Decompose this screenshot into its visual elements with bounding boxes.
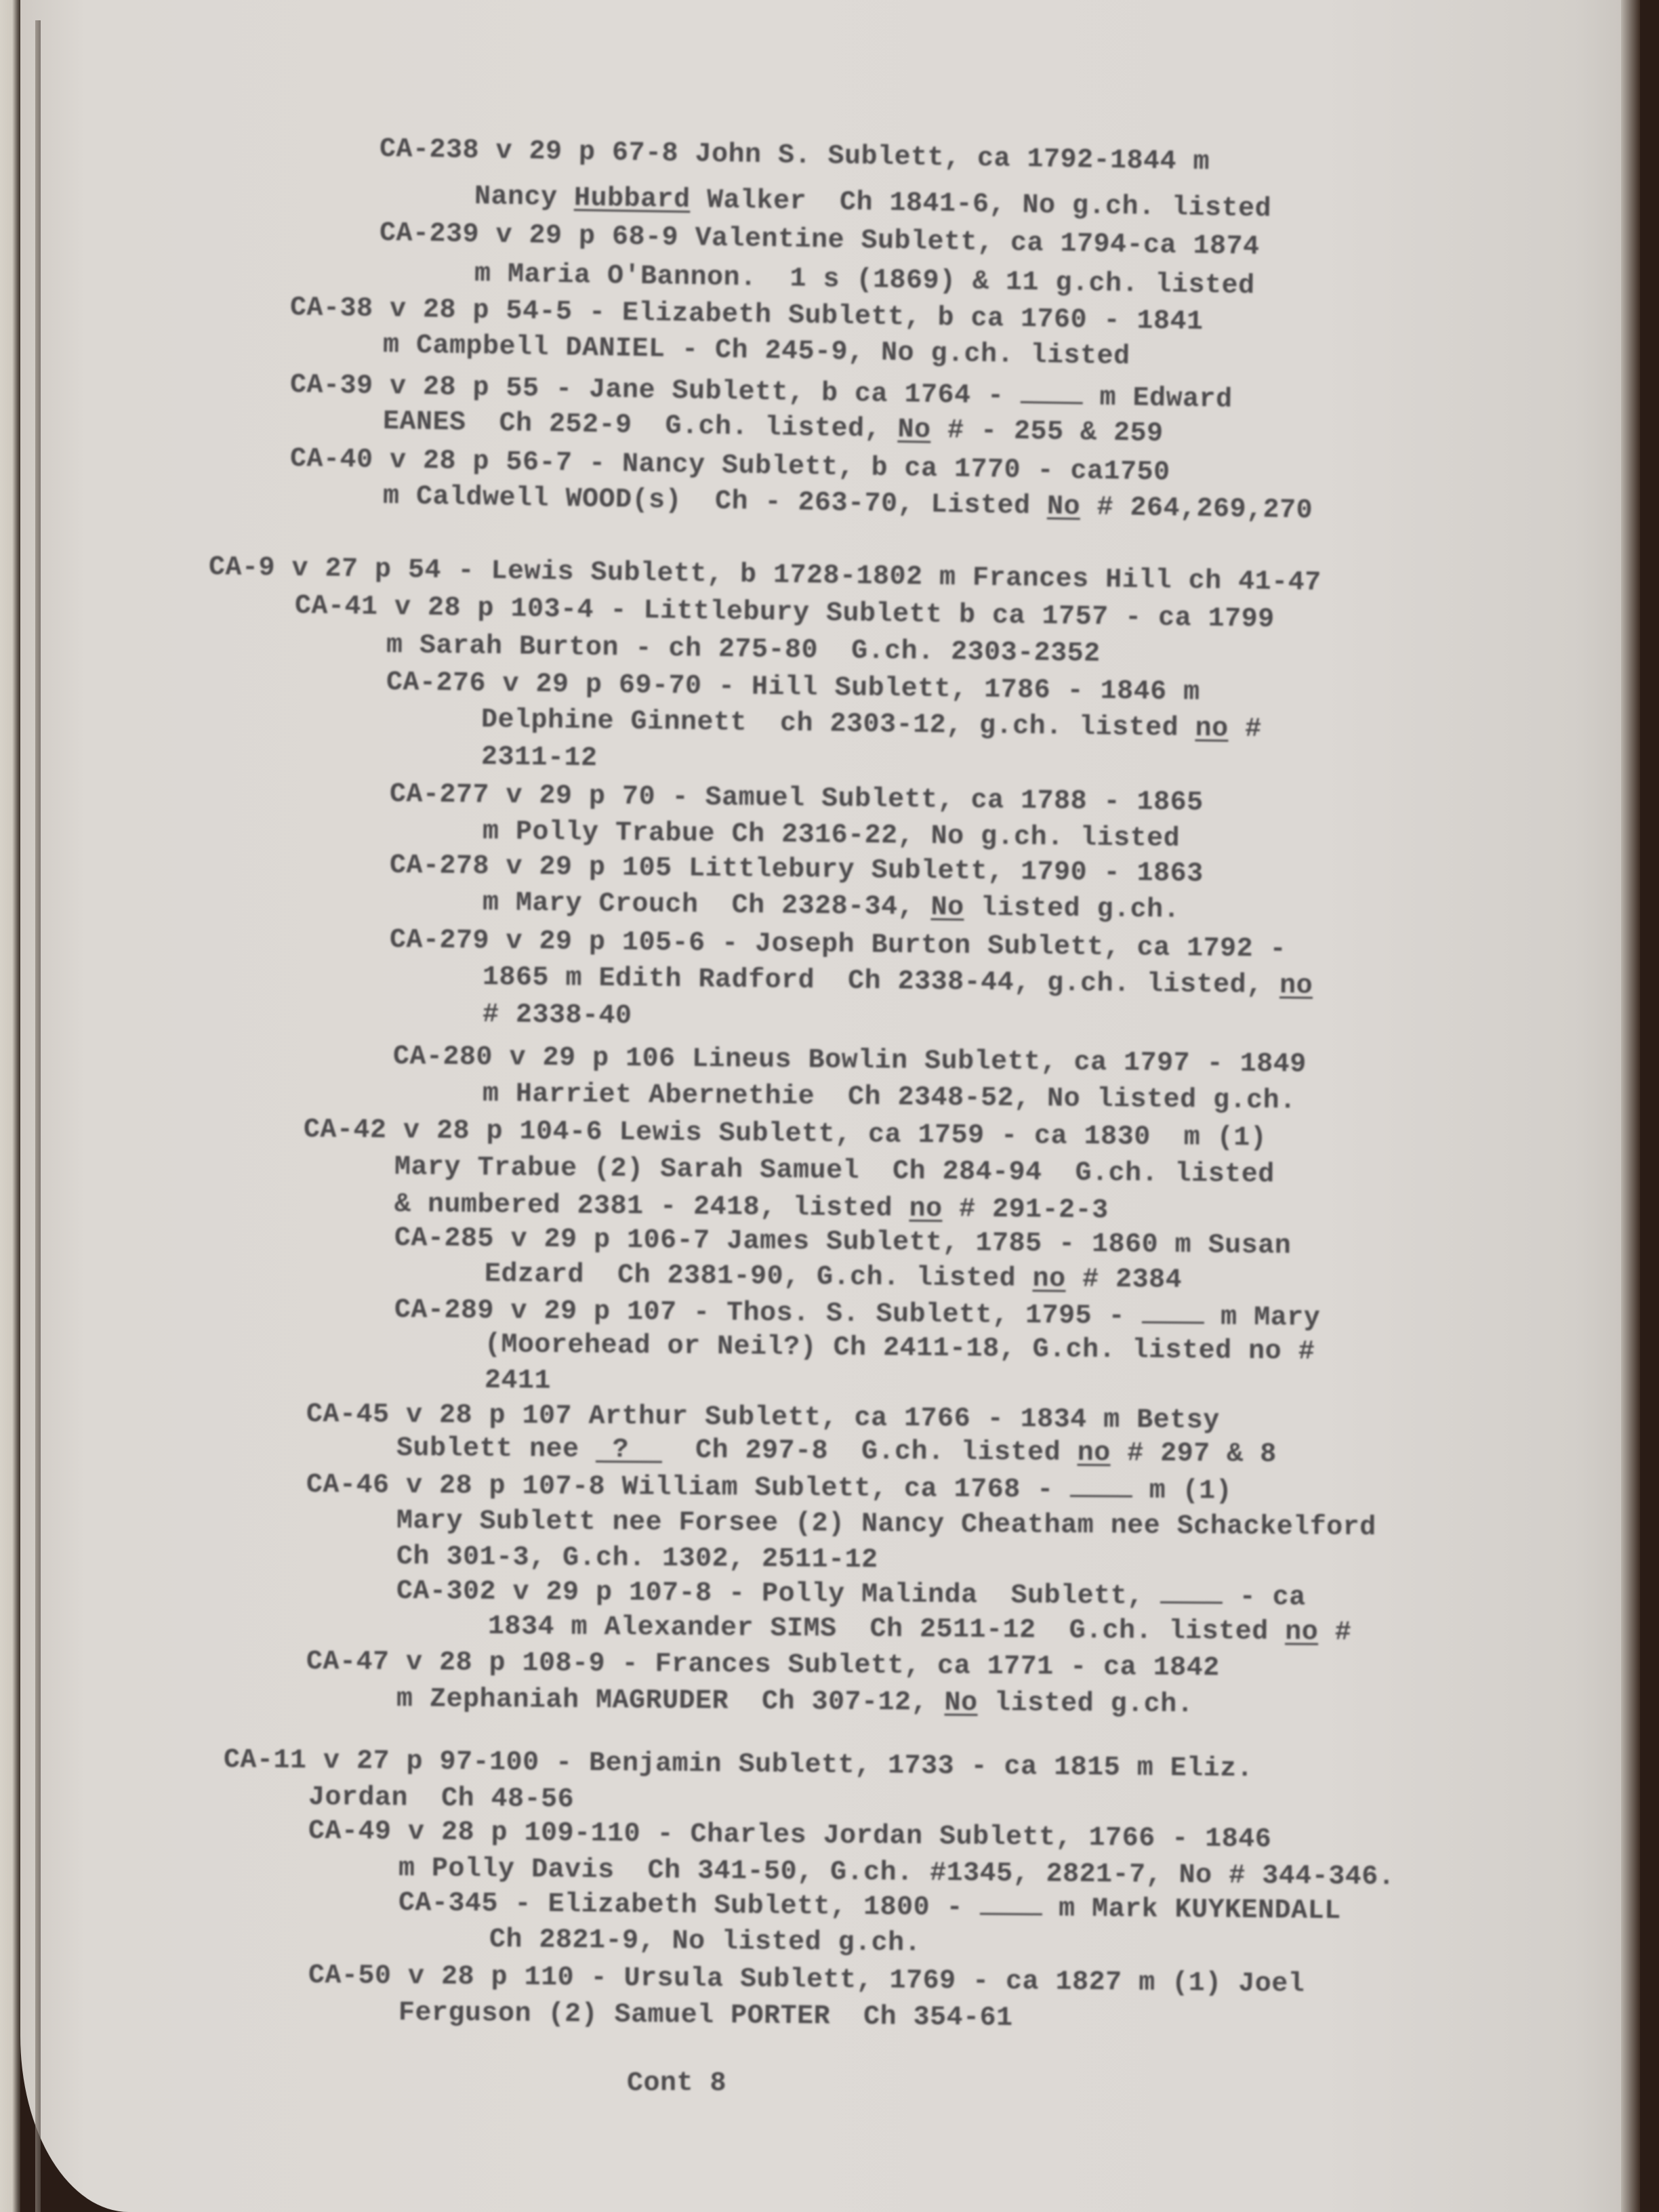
text-line: m Harriet Abernethie Ch 2348-52, No list… [483,1079,1296,1116]
text-line: m Caldwell WOOD(s) Ch - 263-70, Listed [383,481,1048,522]
blank-date [980,1892,1042,1915]
underlined-no: no [1032,1264,1065,1294]
text-line: listed g.ch. [964,893,1180,925]
entry-ca-289-line3: 2411 [485,1366,551,1397]
text-line: CA-47 v 28 p 108-9 - Frances Sublett, ca… [306,1647,1220,1683]
entry-ca-239-line1: CA-239 v 29 p 68-9 Valentine Sublett, ca… [380,218,1260,262]
text-line: 1834 m Alexander SIMS Ch 2511-12 G.ch. l… [488,1612,1285,1647]
text-line: Ch 2821-9, No listed g.ch. [489,1925,921,1959]
text-line: Edzard Ch 2381-90, G.ch. listed [485,1259,1033,1294]
entry-ca-239-line2: m Maria O'Bannon. 1 s (1869) & 11 g.ch. … [474,259,1255,302]
entry-ca-50-line1: CA-50 v 28 p 110 - Ursula Sublett, 1769 … [308,1961,1305,2000]
entry-ca-42-line3: & numbered 2381 - 2418, listed no # 291-… [394,1189,1109,1226]
underlined-no: no [1077,1438,1110,1469]
text-line: m (1) [1132,1476,1232,1507]
entry-ca-39-line2: EANES Ch 252-9 G.ch. listed, No # - 255 … [383,407,1164,449]
underlined-no: No [897,415,931,446]
text-line: CA-239 v 29 p 68-9 Valentine Sublett, ca… [380,218,1260,262]
underlined-no: No [944,1688,977,1719]
text-line: # 2338-40 [483,1000,632,1031]
entry-ca-279-line2: 1865 m Edith Radford Ch 2338-44, g.ch. l… [483,962,1313,1002]
entry-ca-11-line1: CA-11 v 27 p 97-100 - Benjamin Sublett, … [224,1745,1254,1784]
entry-ca-289-line2: (Moorehead or Neil?) Ch 2411-18, G.ch. l… [485,1330,1315,1368]
text-line: m Polly Davis Ch 341-50, G.ch. #1345, 28… [398,1853,1395,1893]
entry-ca-280-line1: CA-280 v 29 p 106 Lineus Bowlin Sublett,… [393,1042,1307,1080]
text-line: Walker Ch 1841-6, No g.ch. listed [690,185,1271,224]
entry-ca-11-line2: Jordan Ch 48-56 [308,1782,574,1815]
text-line: m Zephaniah MAGRUDER Ch 307-12, [396,1684,945,1719]
text-line: CA-280 v 29 p 106 Lineus Bowlin Sublett,… [393,1042,1307,1080]
entry-ca-45-line2: Sublett nee ? Ch 297-8 G.ch. listed no #… [396,1433,1277,1470]
blank-date [1142,1301,1204,1324]
text-line: m Mary Crouch Ch 2328-34, [483,888,931,923]
text-line: # 291-2-3 [942,1194,1108,1226]
entry-ca-41-line1: CA-41 v 28 p 103-4 - Littlebury Sublett … [295,591,1275,635]
entry-ca-345-line2: Ch 2821-9, No listed g.ch. [489,1925,921,1959]
entry-ca-50-line2: Ferguson (2) Samuel PORTER Ch 354-61 [398,1998,1013,2034]
text-line: CA-302 v 29 p 107-8 - Polly Malinda Subl… [396,1576,1160,1612]
text-line: CA-345 - Elizabeth Sublett, 1800 - [398,1888,980,1923]
text-line: m Mary [1204,1302,1320,1333]
text-line: m Maria O'Bannon. 1 s (1869) & 11 g.ch. … [474,259,1255,302]
entry-ca-42-line2: Mary Trabue (2) Sarah Samuel Ch 284-94 G… [394,1152,1275,1190]
text-line: 1865 m Edith Radford Ch 2338-44, g.ch. l… [483,962,1280,1001]
photo-of-book-page: CA-238 v 29 p 67-8 John S. Sublett, ca 1… [0,0,1659,2212]
text-line: CA-238 v 29 p 67-8 John S. Sublett, ca 1… [380,134,1210,178]
entry-ca-279-line3: # 2338-40 [483,1000,632,1031]
entry-ca-302-line1: CA-302 v 29 p 107-8 - Polly Malinda Subl… [396,1576,1306,1613]
entry-ca-46-line3: Ch 301-3, G.ch. 1302, 2511-12 [396,1542,878,1576]
underlined-name: Hubbard [574,183,691,216]
entry-ca-40-line2: m Caldwell WOOD(s) Ch - 263-70, Listed N… [383,481,1313,527]
entry-ca-47-line1: CA-47 v 28 p 108-9 - Frances Sublett, ca… [306,1647,1220,1683]
entry-ca-277-line1: CA-277 v 29 p 70 - Samuel Sublett, ca 17… [390,779,1204,819]
entry-ca-289-line1: CA-289 v 29 p 107 - Thos. S. Sublett, 17… [394,1294,1321,1334]
text-line: Ch 297-8 G.ch. listed [662,1435,1078,1469]
text-line: CA-289 v 29 p 107 - Thos. S. Sublett, 17… [394,1295,1142,1332]
entry-ca-46-line1: CA-46 v 28 p 107-8 William Sublett, ca 1… [306,1469,1233,1507]
text-line: # 2384 [1065,1264,1182,1295]
underlined-no: no [1285,1617,1318,1647]
entry-ca-46-line2: Mary Sublett nee Forsee (2) Nancy Cheath… [396,1506,1376,1543]
text-line: CA-279 v 29 p 105-6 - Joseph Burton Subl… [390,925,1287,965]
text-line: Delphine Ginnett ch 2303-12, g.ch. liste… [481,705,1195,744]
text-line: Sublett nee [396,1433,596,1465]
text-line: Jordan Ch 48-56 [308,1782,574,1815]
entry-ca-38-line2: m Campbell DANIEL - Ch 245-9, No g.ch. l… [383,330,1130,372]
text-line: CA-39 v 28 p 55 - Jane Sublett, b ca 176… [290,370,1021,412]
entry-ca-285-line1: CA-285 v 29 p 106-7 James Sublett, 1785 … [394,1223,1292,1262]
text-line: Mary Trabue (2) Sarah Samuel Ch 284-94 G… [394,1152,1275,1190]
entry-ca-45-line1: CA-45 v 28 p 107 Arthur Sublett, ca 1766… [306,1399,1220,1436]
entry-ca-41-line2: m Sarah Burton - ch 275-80 G.ch. 2303-23… [386,630,1101,670]
text-line: CA-277 v 29 p 70 - Samuel Sublett, ca 17… [390,779,1204,819]
entry-ca-285-line2: Edzard Ch 2381-90, G.ch. listed no # 238… [485,1259,1183,1296]
text-line: CA-276 v 29 p 69-70 - Hill Sublett, 1786… [386,668,1200,708]
text-line: CA-285 v 29 p 106-7 James Sublett, 1785 … [394,1223,1292,1262]
entry-ca-276-line1: CA-276 v 29 p 69-70 - Hill Sublett, 1786… [386,668,1200,708]
underlined-no: no [1195,714,1229,745]
underlined-no: No [930,893,964,924]
text-line: # [1228,714,1262,745]
text-line: CA-278 v 29 p 105 Littlebury Sublett, 17… [390,851,1204,890]
text-line: CA-45 v 28 p 107 Arthur Sublett, ca 1766… [306,1399,1220,1436]
text-line: m Polly Trabue Ch 2316-22, No g.ch. list… [483,817,1181,855]
underlined-no: No [1047,491,1081,523]
blank-date [1021,381,1084,404]
unknown-surname-blank: ? [596,1435,662,1466]
text-line: CA-42 v 28 p 104-6 Lewis Sublett, ca 175… [304,1115,1267,1153]
entry-ca-278-line2: m Mary Crouch Ch 2328-34, No listed g.ch… [483,888,1181,926]
text-line: # [1318,1618,1351,1648]
text-line: Mary Sublett nee Forsee (2) Nancy Cheath… [396,1506,1376,1543]
text-line: CA-50 v 28 p 110 - Ursula Sublett, 1769 … [308,1961,1305,2000]
entry-ca-238-line2: Nancy Hubbard Walker Ch 1841-6, No g.ch.… [474,182,1272,224]
text-line: - ca [1223,1582,1306,1614]
text-line: # - 255 & 259 [930,415,1164,449]
text-line: CA-11 v 27 p 97-100 - Benjamin Sublett, … [224,1745,1254,1784]
text-line: 2411 [485,1366,551,1397]
text-line: CA-46 v 28 p 107-8 William Sublett, ca 1… [306,1470,1070,1506]
text-line: # 297 & 8 [1111,1438,1277,1470]
entry-ca-276-line3: 2311-12 [481,742,598,774]
typewritten-text: CA-238 v 29 p 67-8 John S. Sublett, ca 1… [0,0,1659,2212]
entry-ca-276-line2: Delphine Ginnett ch 2303-12, g.ch. liste… [481,705,1262,745]
entry-ca-277-line2: m Polly Trabue Ch 2316-22, No g.ch. list… [483,817,1181,855]
text-line: 2311-12 [481,742,598,774]
blank-date [1070,1475,1132,1498]
text-line: CA-41 v 28 p 103-4 - Littlebury Sublett … [295,591,1275,635]
text-line: Nancy [474,182,575,213]
text-line: & numbered 2381 - 2418, listed [394,1189,909,1225]
text-line: m Mark KUYKENDALL [1042,1893,1340,1927]
text-line: CA-49 v 28 p 109-110 - Charles Jordan Su… [308,1816,1272,1855]
entry-ca-42-line1: CA-42 v 28 p 104-6 Lewis Sublett, ca 175… [304,1115,1267,1153]
blank-date [1160,1581,1223,1604]
text-line: m Edward [1083,382,1233,415]
entry-ca-49-line2: m Polly Davis Ch 341-50, G.ch. #1345, 28… [398,1853,1395,1893]
entry-ca-238-line1: CA-238 v 29 p 67-8 John S. Sublett, ca 1… [380,134,1210,178]
text-line: Ferguson (2) Samuel PORTER Ch 354-61 [398,1998,1013,2034]
text-line: Ch 301-3, G.ch. 1302, 2511-12 [396,1542,878,1576]
text-line: # 264,269,270 [1080,492,1313,526]
entry-ca-345-line1: CA-345 - Elizabeth Sublett, 1800 - m Mar… [398,1887,1341,1927]
entry-ca-49-line1: CA-49 v 28 p 109-110 - Charles Jordan Su… [308,1816,1272,1855]
text-line: m Sarah Burton - ch 275-80 G.ch. 2303-23… [386,630,1101,670]
entry-ca-47-line2: m Zephaniah MAGRUDER Ch 307-12, No liste… [396,1684,1194,1720]
underlined-no: no [909,1194,942,1225]
entry-ca-302-line2: 1834 m Alexander SIMS Ch 2511-12 G.ch. l… [488,1612,1352,1648]
page-footer-continuation: Cont 8 [627,2068,726,2099]
entry-ca-279-line1: CA-279 v 29 p 105-6 - Joseph Burton Subl… [390,925,1287,965]
text-line: listed g.ch. [977,1688,1193,1720]
text-line: EANES Ch 252-9 G.ch. listed, [383,407,898,445]
entry-ca-280-line2: m Harriet Abernethie Ch 2348-52, No list… [483,1079,1296,1116]
entry-ca-278-line1: CA-278 v 29 p 105 Littlebury Sublett, 17… [390,851,1204,890]
footer-text: Cont 8 [627,2068,726,2099]
text-line: m Campbell DANIEL - Ch 245-9, No g.ch. l… [383,330,1130,372]
underlined-no: no [1279,970,1313,1002]
text-line: (Moorehead or Neil?) Ch 2411-18, G.ch. l… [485,1330,1315,1368]
